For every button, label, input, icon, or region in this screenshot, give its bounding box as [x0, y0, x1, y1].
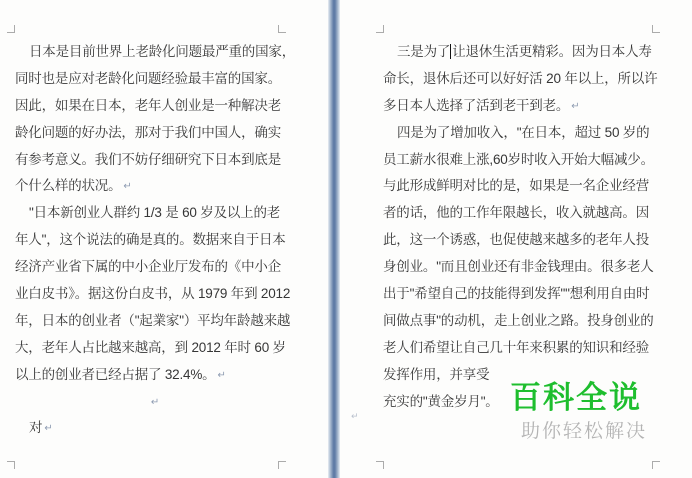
text-line[interactable]: 多日本人选择了活到老干到老。↵	[383, 93, 653, 120]
watermark-title: 百科全说	[510, 382, 647, 415]
line-text: 间做点事"的动机，走上创业之路。投身创业的	[383, 313, 654, 328]
text-line[interactable]: 经济产业省下属的中小企业厅发布的《中小企	[15, 254, 293, 281]
crop-mark-bottom-right-icon	[278, 461, 286, 469]
paragraph-return-mark: ↵	[151, 397, 159, 408]
line-text: 因此，如果在日本，老年人创业是一种解决老	[15, 98, 281, 113]
line-text: 对	[29, 420, 42, 435]
paragraph-return-mark: ↵	[571, 101, 579, 112]
watermark-subtitle: 助你轻松解决	[521, 422, 647, 441]
text-line[interactable]: 身创业。"而且创业还有非金钱理由。很多老人	[383, 254, 653, 281]
line-text: 三是为了	[397, 44, 450, 59]
line-text: 员工薪水很难上涨,60岁时收入开始大幅减少。	[383, 152, 654, 167]
text-line[interactable]: 有参考意义。我们不妨仔细研究下日本到底是	[15, 147, 293, 174]
line-text: 与此形成鲜明对比的是，如果是一名企业经营	[383, 178, 649, 193]
text-line[interactable]: 大，老年人占比越来越高，到 2012 年时 60 岁	[15, 335, 293, 362]
line-text: 个什么样的状况。	[15, 178, 121, 193]
line-text: 日本是目前世界上老龄化问题最严重的国家，	[29, 44, 295, 59]
text-line[interactable]: 年人"，这个说法的确是真的。数据来自于日本	[15, 227, 293, 254]
text-line[interactable]: 四是为了增加收入，"在日本，超过 50 岁的	[383, 120, 653, 147]
stray-return-mark: ↵	[351, 411, 359, 422]
text-line[interactable]: 间做点事"的动机，走上创业之路。投身创业的	[383, 308, 653, 335]
line-text: 年人"，这个说法的确是真的。数据来自于日本	[15, 232, 286, 247]
line-text: 发挥作用，并享受	[383, 367, 489, 382]
crop-mark-top-right-icon	[652, 25, 660, 33]
line-text: 年，日本的创业者（"起業家"）平均年龄越来越	[15, 313, 290, 328]
line-text: 出于"希望自己的技能得到发挥""想利用自由时	[383, 286, 649, 301]
page-right[interactable]: 三是为了让退休生活更精彩。因为日本人寿命长，退休后还可以好好活 20 年以上，所…	[340, 0, 692, 478]
text-line[interactable]: 以上的创业者已经占据了 32.4%。↵	[15, 362, 293, 389]
line-text: 龄化问题的好办法，那对于我们中国人，确实	[15, 125, 281, 140]
page-left-text[interactable]: 日本是目前世界上老龄化问题最严重的国家，同时也是应对老龄化问题经验最丰富的国家。…	[15, 39, 293, 442]
line-text: 此，这一个诱惑，也促使越来越多的老年人投	[383, 232, 649, 247]
text-line[interactable]: 老人们希望让自己几十年来积累的知识和经验	[383, 335, 653, 362]
text-line[interactable]: 者的话，他的工作年限越长，收入就越高。因	[383, 200, 653, 227]
line-text: 以上的创业者已经占据了 32.4%。	[15, 367, 215, 382]
text-line[interactable]: 龄化问题的好办法，那对于我们中国人，确实	[15, 120, 293, 147]
line-text: 让退休生活更精彩。因为日本人寿	[452, 44, 652, 59]
text-line[interactable]: 此，这一个诱惑，也促使越来越多的老年人投	[383, 227, 653, 254]
text-line[interactable]: 同时也是应对老龄化问题经验最丰富的国家。	[15, 66, 293, 93]
page-left[interactable]: 日本是目前世界上老龄化问题最严重的国家，同时也是应对老龄化问题经验最丰富的国家。…	[0, 0, 328, 478]
crop-mark-top-left-icon	[376, 25, 384, 33]
text-line[interactable]: 三是为了让退休生活更精彩。因为日本人寿	[383, 39, 653, 66]
text-line[interactable]: 因此，如果在日本，老年人创业是一种解决老	[15, 93, 293, 120]
text-line[interactable]: 与此形成鲜明对比的是，如果是一名企业经营	[383, 173, 653, 200]
text-line[interactable]: 命长，退休后还可以好好活 20 年以上，所以许	[383, 66, 653, 93]
text-line[interactable]: 员工薪水很难上涨,60岁时收入开始大幅减少。	[383, 147, 653, 174]
line-text: 同时也是应对老龄化问题经验最丰富的国家。	[15, 71, 281, 86]
document-canvas: 日本是目前世界上老龄化问题最严重的国家，同时也是应对老龄化问题经验最丰富的国家。…	[0, 0, 692, 478]
text-line[interactable]: 日本是目前世界上老龄化问题最严重的国家，	[15, 39, 293, 66]
line-text: 大，老年人占比越来越高，到 2012 年时 60 岁	[15, 340, 286, 355]
line-text: 老人们希望让自己几十年来积累的知识和经验	[383, 340, 649, 355]
crop-mark-top-left-icon	[7, 25, 15, 33]
line-text: 充实的"黄金岁月"。	[383, 394, 499, 409]
paragraph-return-mark: ↵	[123, 181, 131, 192]
crop-mark-bottom-right-icon	[652, 461, 660, 469]
line-text: 多日本人选择了活到老干到老。	[383, 98, 569, 113]
text-line[interactable]: 对↵	[15, 415, 293, 442]
text-line[interactable]: 出于"希望自己的技能得到发挥""想利用自由时	[383, 281, 653, 308]
page-right-text[interactable]: 三是为了让退休生活更精彩。因为日本人寿命长，退休后还可以好好活 20 年以上，所…	[383, 39, 653, 415]
line-text: 有参考意义。我们不妨仔细研究下日本到底是	[15, 152, 281, 167]
line-text: 者的话，他的工作年限越长，收入就越高。因	[383, 205, 649, 220]
line-text: 经济产业省下属的中小企业厅发布的《中小企	[15, 259, 281, 274]
paragraph-return-mark: ↵	[217, 370, 225, 381]
paragraph-return-mark: ↵	[44, 423, 52, 434]
line-text: 身创业。"而且创业还有非金钱理由。很多老人	[383, 259, 654, 274]
line-text: 业白皮书》。据这份白皮书，从 1979 年到 2012	[15, 286, 290, 301]
text-line[interactable]: 年，日本的创业者（"起業家"）平均年龄越来越	[15, 308, 293, 335]
watermark: 百科全说 助你轻松解决	[510, 382, 647, 441]
text-line[interactable]: 个什么样的状况。↵	[15, 173, 293, 200]
text-line[interactable]: 业白皮书》。据这份白皮书，从 1979 年到 2012	[15, 281, 293, 308]
line-text: 命长，退休后还可以好好活 20 年以上，所以许	[383, 71, 657, 86]
line-text: "日本新创业人群约 1/3 是 60 岁及以上的老	[29, 205, 280, 220]
text-line[interactable]: ↵	[15, 389, 293, 416]
page-divider	[328, 0, 340, 478]
crop-mark-top-right-icon	[278, 25, 286, 33]
crop-mark-bottom-left-icon	[376, 461, 384, 469]
text-line[interactable]: "日本新创业人群约 1/3 是 60 岁及以上的老	[15, 200, 293, 227]
line-text: 四是为了增加收入，"在日本，超过 50 岁的	[397, 125, 649, 140]
crop-mark-bottom-left-icon	[7, 461, 15, 469]
